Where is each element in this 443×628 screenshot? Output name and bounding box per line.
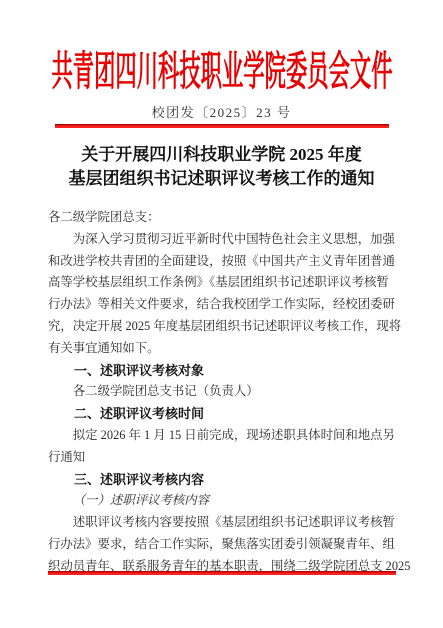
body-line: 为深入学习贯彻习近平新时代中国特色社会主义思想，加强 [48, 229, 397, 251]
body-line: 高等学校基层组织工作条例》《基层团组织书记述职评议考核暂 [48, 272, 397, 294]
body-line: 究，决定开展 2025 年度基层团组织书记述职评议考核工作，现将 [48, 316, 397, 338]
document-page: 共青团四川科技职业学院委员会文件 校团发〔2025〕23 号 关于开展四川科技职… [0, 0, 443, 628]
document-title: 关于开展四川科技职业学院 2025 年度 基层团组织书记述职评议考核工作的通知 [0, 143, 443, 191]
section-heading-1: 一、述职评议考核对象 [48, 360, 397, 382]
document-body: 各二级学院团总支： 为深入学习贯彻习近平新时代中国特色社会主义思想，加强 和改进… [48, 207, 397, 578]
body-line: 行通知 [48, 447, 397, 469]
letterhead-org-title: 共青团四川科技职业学院委员会文件 [51, 51, 392, 92]
section-heading-3: 三、述职评议考核内容 [48, 469, 397, 491]
document-number: 校团发〔2025〕23 号 [0, 102, 443, 121]
section-heading-2: 二、述职评议考核时间 [48, 403, 397, 425]
body-line-salutation: 各二级学院团总支： [48, 207, 397, 229]
body-line: 述职评议考核内容要按照《基层团组织书记述职评议考核暂 [48, 512, 397, 534]
body-line: 有关事宜通知如下。 [48, 338, 397, 360]
document-title-line-2: 基层团组织书记述职评议考核工作的通知 [0, 167, 443, 191]
subsection-heading: （一）述职评议考核内容 [48, 490, 397, 512]
letterhead-separator-rule [55, 124, 389, 128]
body-line: 各二级学院团总支书记（负责人） [48, 381, 397, 403]
body-line: 和改进学校共青团的全面建设，按照《中国共产主义青年团普通 [48, 251, 397, 273]
document-title-line-1: 关于开展四川科技职业学院 2025 年度 [0, 143, 443, 167]
body-line: 拟定 2026 年 1 月 15 日前完成，现场述职具体时间和地点另 [48, 425, 397, 447]
body-line: 行办法》要求，结合工作实际，聚焦落实团委引领凝聚青年、组 [48, 534, 397, 556]
body-line: 行办法》等相关文件要求，结合我校团学工作实际，经校团委研 [48, 294, 397, 316]
bottom-red-rule [48, 571, 396, 575]
